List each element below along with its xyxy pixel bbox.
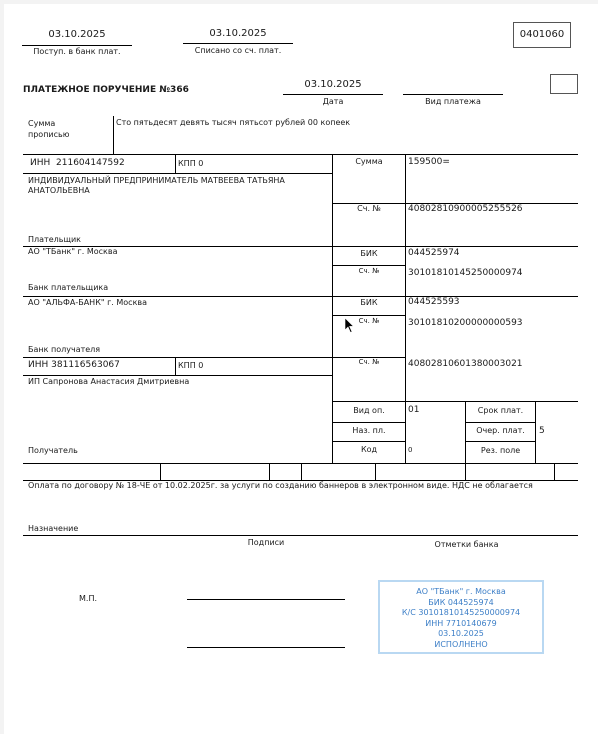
payer-account-value: 40802810900005255526 <box>408 204 523 214</box>
grid-line <box>332 265 405 266</box>
stamp-line: АО "ТБанк" г. Москва <box>380 587 542 598</box>
payer-kpp: КПП 0 <box>178 159 203 168</box>
stamp-place-label: М.П. <box>79 594 97 603</box>
payee-bank-label: Банк получателя <box>28 345 100 354</box>
payer-kpp-label: КПП <box>178 159 196 168</box>
payee-bank-name: АО "АЛЬФА-БАНК" г. Москва <box>28 298 147 307</box>
op-type-value: 01 <box>408 405 419 415</box>
debited-date-line <box>183 43 293 44</box>
payee-bik-value: 044525593 <box>408 297 460 307</box>
payer-bik-value: 044525974 <box>408 248 460 258</box>
payee-label: Получатель <box>28 446 78 455</box>
payer-name: ИНДИВИДУАЛЬНЫЙ ПРЕДПРИНИМАТЕЛЬ МАТВЕЕВА … <box>28 176 328 196</box>
received-label: Поступ. в банк плат. <box>22 47 132 56</box>
purpose-text: Оплата по договору № 18-ЧЕ от 10.02.2025… <box>28 481 533 490</box>
payer-kpp-value: 0 <box>198 159 203 168</box>
grid-line <box>175 357 176 375</box>
amount-words-label: Сумма прописью <box>28 118 88 140</box>
grid-line <box>465 441 536 442</box>
tax-field-divider <box>160 463 161 480</box>
order-date: 03.10.2025 <box>283 79 383 90</box>
payee-account-label: Сч. № <box>333 358 405 366</box>
code-value: 0 <box>408 446 412 454</box>
purpose-code-label: Наз. пл. <box>333 426 405 435</box>
grid-line <box>535 401 536 464</box>
form-code-box: 0401060 <box>513 22 571 48</box>
grid-line <box>23 154 578 155</box>
payee-kpp-value: 0 <box>198 361 203 370</box>
grid-line <box>332 315 405 316</box>
mouse-cursor-icon <box>345 318 355 338</box>
grid-line <box>465 422 536 423</box>
payer-bank-account-label: Сч. № <box>333 267 405 275</box>
purpose-label: Назначение <box>28 524 78 533</box>
stamp-line: К/С 30101810145250000974 <box>380 608 542 619</box>
payer-bank-account-value: 30101810145250000974 <box>408 268 523 278</box>
payee-inn: ИНН 381116563067 <box>28 360 120 370</box>
grid-line <box>405 154 406 464</box>
tax-field-divider <box>554 463 555 480</box>
payer-label: Плательщик <box>28 235 81 244</box>
amount-words-value: Сто пятьдесят девять тысяч пятьсот рубле… <box>116 118 350 127</box>
grid-line <box>175 154 176 173</box>
bank-stamp: АО "ТБанк" г. Москва БИК 044525974 К/С 3… <box>378 580 544 654</box>
payee-kpp: КПП 0 <box>178 361 203 370</box>
due-label: Срок плат. <box>466 406 535 415</box>
grid-line <box>23 375 333 376</box>
payment-order-page: 03.10.2025 Поступ. в банк плат. 03.10.20… <box>4 4 598 734</box>
payee-bik-label: БИК <box>333 298 405 307</box>
grid-line <box>332 154 333 464</box>
payee-inn-label: ИНН <box>28 360 48 370</box>
debited-label: Списано со сч. плат. <box>183 46 293 55</box>
tax-field-divider <box>301 463 302 480</box>
tax-field-divider <box>375 463 376 480</box>
payee-bank-account-value: 30101810200000000593 <box>408 318 523 328</box>
stamp-line: ИНН 7710140679 <box>380 619 542 630</box>
bank-marks-label: Отметки банка <box>424 540 509 549</box>
reserve-label: Рез. поле <box>466 446 535 455</box>
grid-line <box>332 422 405 423</box>
grid-line <box>332 401 578 402</box>
payer-bik-label: БИК <box>333 249 405 258</box>
signature-line-2 <box>187 647 345 648</box>
received-date-line <box>22 45 132 46</box>
payer-bank-name: АО "ТБанк" г. Москва <box>28 247 118 256</box>
stamp-line: ИСПОЛНЕНО <box>380 640 542 651</box>
priority-value: 5 <box>539 426 545 436</box>
payment-type-label: Вид платежа <box>403 97 503 106</box>
debited-date: 03.10.2025 <box>183 28 293 39</box>
payment-type-line <box>403 94 503 95</box>
order-date-line <box>283 94 383 95</box>
sum-label: Сумма <box>333 157 405 166</box>
tax-field-divider <box>269 463 270 480</box>
code-label: Код <box>333 445 405 454</box>
payer-bank-label: Банк плательщика <box>28 283 108 292</box>
payee-bank-account-label: Сч. № <box>333 317 405 325</box>
payee-kpp-label: КПП <box>178 361 196 370</box>
amount-words-divider <box>113 116 114 154</box>
priority-label: Очер. плат. <box>466 426 535 435</box>
payment-kind-box <box>550 74 578 94</box>
payee-inn-value: 381116563067 <box>51 360 120 370</box>
payer-inn: ИНН 211604147592 <box>30 158 125 168</box>
stamp-line: 03.10.2025 <box>380 629 542 640</box>
signatures-label: Подписи <box>236 538 296 547</box>
grid-line <box>332 441 405 442</box>
received-date: 03.10.2025 <box>22 29 132 40</box>
stamp-line: БИК 044525974 <box>380 598 542 609</box>
order-date-label: Дата <box>283 97 383 106</box>
op-type-label: Вид оп. <box>333 406 405 415</box>
payer-account-label: Сч. № <box>333 204 405 213</box>
sum-value: 159500= <box>408 157 450 167</box>
grid-line <box>23 296 578 297</box>
payer-inn-value: 211604147592 <box>56 158 125 168</box>
payee-account-value: 40802810601380003021 <box>408 359 523 369</box>
tax-field-divider <box>465 463 466 480</box>
grid-line <box>23 173 333 174</box>
page-title: ПЛАТЕЖНОЕ ПОРУЧЕНИЕ №366 <box>23 85 189 95</box>
signature-line-1 <box>187 599 345 600</box>
payee-name: ИП Сапронова Анастасия Дмитриевна <box>28 377 189 386</box>
grid-line <box>23 535 578 536</box>
payer-inn-label: ИНН <box>30 158 50 168</box>
